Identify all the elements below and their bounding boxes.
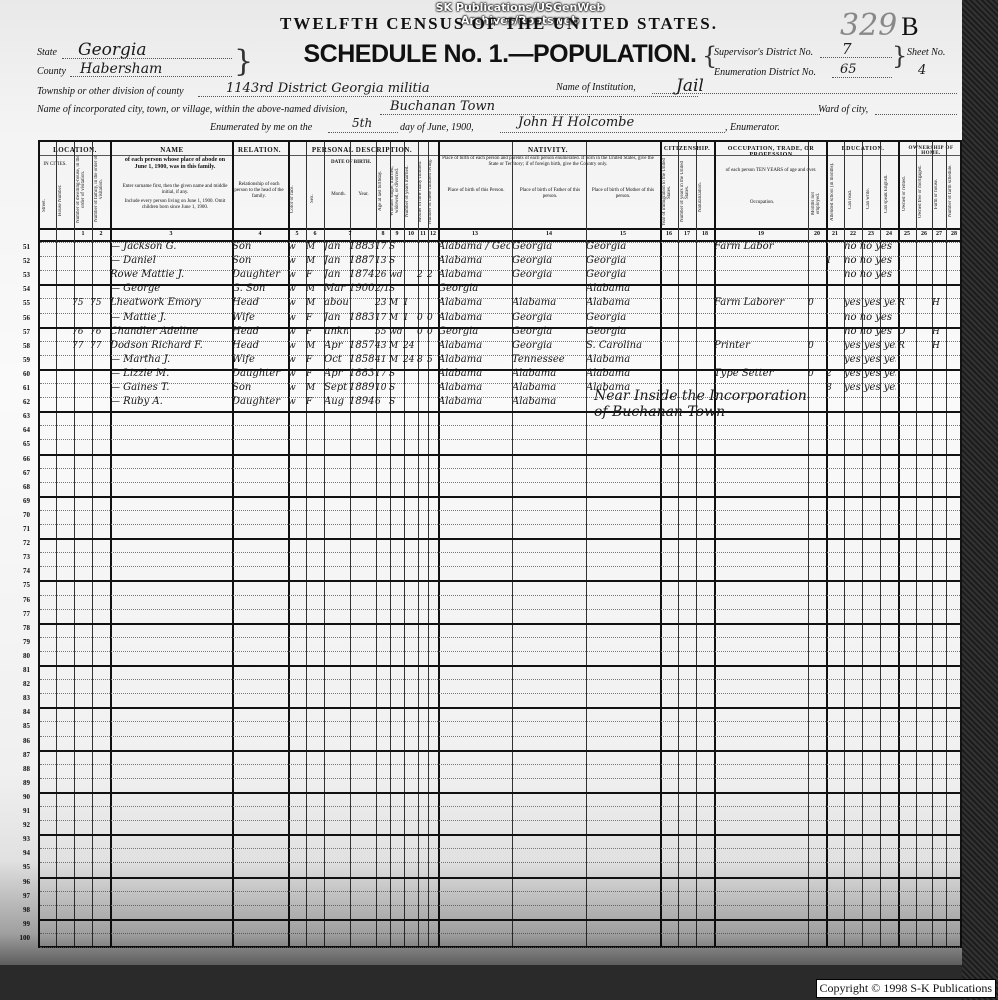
cell-mother: Alabama bbox=[586, 282, 658, 296]
cell-farm bbox=[932, 240, 944, 254]
row-divider bbox=[40, 862, 960, 863]
column-number: 2 bbox=[92, 231, 110, 237]
vheader-speak-english: Can speak English. bbox=[884, 162, 896, 226]
column-number: 9 bbox=[390, 231, 404, 237]
line-number-left: 98 bbox=[8, 906, 30, 914]
cell-family bbox=[90, 395, 108, 409]
cell-mother: Alabama bbox=[586, 367, 658, 381]
header-occupation-desc: of each person TEN YEARS of age and over… bbox=[716, 168, 826, 174]
line-number-left: 53 bbox=[8, 271, 30, 279]
enumerator-label: , Enumerator. bbox=[725, 122, 780, 133]
cell-age: 13 bbox=[375, 254, 388, 268]
column-number: 16 bbox=[660, 231, 678, 237]
cell-farm bbox=[932, 268, 944, 282]
cell-mother: Georgia bbox=[586, 325, 658, 339]
cell-dwelling bbox=[72, 353, 90, 367]
cell-color: w bbox=[288, 325, 304, 339]
header-rule-bottom bbox=[40, 228, 960, 230]
column-number: 24 bbox=[880, 231, 898, 237]
vheader-immigration: Year of immigration to the United States… bbox=[662, 158, 674, 226]
cell-owned bbox=[898, 367, 914, 381]
column-number: 22 bbox=[844, 231, 862, 237]
line-number-left: 73 bbox=[8, 553, 30, 561]
cell-year: 1894 bbox=[349, 395, 374, 409]
cell-month: Jan bbox=[324, 254, 348, 268]
column-number: 17 bbox=[678, 231, 696, 237]
line-number-left: 82 bbox=[8, 680, 30, 688]
column-number: 15 bbox=[586, 231, 660, 237]
row-divider bbox=[40, 834, 960, 836]
line-number-left: 70 bbox=[8, 511, 30, 519]
cell-birth: Alabama bbox=[438, 268, 510, 282]
row-divider bbox=[40, 721, 960, 722]
cell-family: 77 bbox=[90, 339, 108, 353]
column-divider bbox=[946, 142, 947, 946]
header-personal: PERSONAL DESCRIPTION. bbox=[288, 146, 436, 154]
cell-occupation bbox=[714, 268, 806, 282]
line-number-left: 94 bbox=[8, 849, 30, 857]
column-number: 28 bbox=[946, 231, 962, 237]
cell-mother: S. Carolina bbox=[586, 339, 658, 353]
scan-edge bbox=[962, 0, 998, 1000]
cell-relation: Son bbox=[232, 240, 286, 254]
cell-year: 1874 bbox=[349, 268, 374, 282]
line-number-left: 65 bbox=[8, 440, 30, 448]
city-value: Buchanan Town bbox=[390, 99, 495, 114]
cell-read-write: no no yes bbox=[844, 240, 896, 254]
row-divider bbox=[40, 524, 960, 525]
cell-dwelling bbox=[72, 240, 90, 254]
cell-school: 1 bbox=[826, 254, 842, 268]
column-number: 27 bbox=[932, 231, 946, 237]
header-occupation: OCCUPATION, TRADE, OR PROFESSION bbox=[716, 146, 826, 158]
cell-occupation bbox=[714, 282, 806, 296]
enumerated-prefix: Enumerated by me on the bbox=[210, 122, 312, 133]
cell-relation: Daughter bbox=[232, 268, 286, 282]
supervisor-line bbox=[820, 57, 892, 58]
cell-family: 75 bbox=[90, 296, 108, 310]
cell-name: — George bbox=[110, 282, 230, 296]
cell-read-write: yes yes yes bbox=[844, 296, 896, 310]
cell-mother-of bbox=[417, 339, 427, 353]
row-divider bbox=[40, 919, 960, 921]
row-divider bbox=[40, 496, 960, 498]
cell-dwelling bbox=[72, 282, 90, 296]
cell-age: 17 bbox=[375, 367, 388, 381]
ward-line bbox=[875, 114, 957, 115]
header-relation-desc: Relationship of each person to the head … bbox=[234, 182, 284, 200]
line-number-left: 74 bbox=[8, 567, 30, 575]
cell-living bbox=[427, 339, 437, 353]
cell-owned bbox=[898, 240, 914, 254]
cell-living: 0 bbox=[427, 325, 437, 339]
cell-age: 23 bbox=[375, 296, 388, 310]
cell-family bbox=[90, 381, 108, 395]
row-divider bbox=[40, 454, 960, 456]
cell-age: 26 bbox=[375, 268, 388, 282]
cell-name: — Jackson G. bbox=[110, 240, 230, 254]
cell-family bbox=[90, 268, 108, 282]
line-number-left: 80 bbox=[8, 652, 30, 660]
column-number: 1 bbox=[74, 231, 92, 237]
column-number: 5 bbox=[288, 231, 306, 237]
cell-yrs-married bbox=[403, 254, 416, 268]
cell-unemployed: 0 bbox=[808, 339, 824, 353]
cell-name: — Gaines T. bbox=[110, 381, 230, 395]
vheader-can-read: Can read. bbox=[848, 172, 860, 226]
ward-label: Ward of city, bbox=[818, 104, 868, 115]
cell-mother: Georgia bbox=[586, 311, 658, 325]
vheader-naturalization: Naturalization. bbox=[698, 168, 710, 226]
vheader-living: Number of these children living. bbox=[428, 156, 438, 226]
row-divider bbox=[40, 905, 960, 906]
cell-school bbox=[826, 339, 842, 353]
cell-living bbox=[427, 240, 437, 254]
cell-mother-of bbox=[417, 254, 427, 268]
cell-year: 1883 bbox=[349, 311, 374, 325]
row-divider bbox=[40, 778, 960, 779]
cell-farm: H bbox=[932, 325, 944, 339]
line-number-left: 79 bbox=[8, 638, 30, 646]
census-sheet: SK Publications/USGenWeb Archives/Rootsw… bbox=[0, 0, 962, 965]
cell-marital: M bbox=[389, 311, 402, 325]
cell-sex: M bbox=[306, 381, 322, 395]
row-divider bbox=[40, 538, 960, 540]
cell-mother: Georgia bbox=[586, 254, 658, 268]
line-number-left: 89 bbox=[8, 779, 30, 787]
cell-name: Lheatwork Emory bbox=[110, 296, 230, 310]
county-label: County bbox=[37, 66, 66, 77]
cell-farm bbox=[932, 367, 944, 381]
cell-owned bbox=[898, 311, 914, 325]
cell-school bbox=[826, 325, 842, 339]
cell-year bbox=[349, 325, 374, 339]
cell-relation: Daughter bbox=[232, 395, 286, 409]
line-number-left: 54 bbox=[8, 285, 30, 293]
cell-name: Rowe Mattie J. bbox=[110, 268, 230, 282]
cell-school bbox=[826, 311, 842, 325]
cell-yrs-married bbox=[403, 325, 416, 339]
vheader-color: Color or race. bbox=[290, 172, 300, 226]
vheader-sex: Sex. bbox=[310, 172, 320, 226]
vheader-owned-rented: Owned or rented. bbox=[902, 162, 914, 226]
line-number-left: 90 bbox=[8, 793, 30, 801]
cell-month: Apr bbox=[324, 367, 348, 381]
cell-sex: F bbox=[306, 311, 322, 325]
row-divider bbox=[40, 947, 960, 948]
cell-living bbox=[427, 395, 437, 409]
column-number: 14 bbox=[512, 231, 586, 237]
cell-marital: M bbox=[389, 296, 402, 310]
cell-living bbox=[427, 282, 437, 296]
cell-birth: Alabama bbox=[438, 381, 510, 395]
cell-mother: Alabama bbox=[586, 353, 658, 367]
township-value: 1143rd District Georgia militia bbox=[226, 81, 430, 96]
cell-occupation: Farm Laborer bbox=[714, 296, 806, 310]
cell-occupation bbox=[714, 325, 806, 339]
line-number-left: 100 bbox=[8, 934, 30, 942]
cell-birth: Alabama bbox=[438, 353, 510, 367]
cell-father: Tennessee bbox=[512, 353, 584, 367]
column-divider bbox=[696, 142, 697, 946]
cell-year: 1887 bbox=[349, 254, 374, 268]
column-number: 20 bbox=[808, 231, 826, 237]
vheader-farm-house: Farm or house. bbox=[934, 162, 946, 226]
cell-father: Alabama bbox=[512, 381, 584, 395]
cell-living bbox=[427, 367, 437, 381]
row-divider bbox=[40, 510, 960, 511]
vheader-years-married: Number of years married. bbox=[405, 156, 415, 226]
line-number-left: 87 bbox=[8, 751, 30, 759]
cell-farm: H bbox=[932, 296, 944, 310]
cell-relation: Wife bbox=[232, 353, 286, 367]
column-number: 26 bbox=[916, 231, 932, 237]
row-divider bbox=[40, 580, 960, 582]
line-number-left: 91 bbox=[8, 807, 30, 815]
page-stamp-letter: B bbox=[901, 12, 918, 41]
cell-birth: Alabama / Georgia bbox=[438, 240, 510, 254]
cell-yrs-married: 24 bbox=[403, 353, 416, 367]
line-number-left: 63 bbox=[8, 412, 30, 420]
header-name: NAME bbox=[112, 146, 232, 154]
cell-read-write: yes yes yes bbox=[844, 381, 896, 395]
cell-school bbox=[826, 296, 842, 310]
cell-family bbox=[90, 367, 108, 381]
line-number-left: 51 bbox=[8, 243, 30, 251]
cell-family bbox=[90, 282, 108, 296]
cell-school bbox=[826, 353, 842, 367]
cell-owned bbox=[898, 353, 914, 367]
cell-father: Alabama bbox=[512, 296, 584, 310]
cell-father: Georgia bbox=[512, 325, 584, 339]
cell-birth: Alabama bbox=[438, 395, 510, 409]
cell-father: Georgia bbox=[512, 240, 584, 254]
cell-dwelling bbox=[72, 311, 90, 325]
cell-occupation bbox=[714, 353, 806, 367]
cell-unemployed bbox=[808, 254, 824, 268]
cell-year: 1857 bbox=[349, 339, 374, 353]
column-divider bbox=[660, 142, 662, 946]
cell-marital: wd bbox=[389, 325, 402, 339]
cell-dwelling bbox=[72, 268, 90, 282]
line-number-left: 67 bbox=[8, 469, 30, 477]
cell-color: w bbox=[288, 268, 304, 282]
cell-age: 6 bbox=[375, 395, 388, 409]
cell-relation: Wife bbox=[232, 311, 286, 325]
row-divider bbox=[40, 665, 960, 667]
header-rule-1 bbox=[40, 155, 960, 156]
state-label: State bbox=[37, 47, 57, 58]
row-divider bbox=[40, 637, 960, 638]
cell-father bbox=[512, 282, 584, 296]
row-divider bbox=[40, 693, 960, 694]
column-number: 13 bbox=[438, 231, 512, 237]
sheet-label: Sheet No. bbox=[907, 47, 945, 58]
line-number-left: 84 bbox=[8, 708, 30, 716]
cell-read-write: no no yes bbox=[844, 254, 896, 268]
column-number: 10 bbox=[404, 231, 418, 237]
cell-month: Aug bbox=[324, 395, 348, 409]
row-divider bbox=[40, 820, 960, 821]
cell-unemployed: 0 bbox=[808, 296, 824, 310]
line-number-left: 95 bbox=[8, 863, 30, 871]
cell-family bbox=[90, 254, 108, 268]
supervisor-value: 7 bbox=[842, 40, 852, 58]
cell-yrs-married bbox=[403, 381, 416, 395]
header-month: Month. bbox=[326, 192, 351, 198]
header-education: EDUCATION. bbox=[828, 146, 898, 152]
cell-yrs-married bbox=[403, 240, 416, 254]
cell-marital: M bbox=[389, 353, 402, 367]
cell-dwelling: 76 bbox=[72, 325, 90, 339]
cell-yrs-married: 1 bbox=[403, 296, 416, 310]
row-divider bbox=[40, 566, 960, 567]
line-number-left: 69 bbox=[8, 497, 30, 505]
line-number-left: 86 bbox=[8, 737, 30, 745]
line-number-left: 83 bbox=[8, 694, 30, 702]
row-divider bbox=[40, 933, 960, 934]
cell-living bbox=[427, 296, 437, 310]
cell-mother: Georgia bbox=[586, 268, 658, 282]
line-number-left: 78 bbox=[8, 624, 30, 632]
cell-family: 76 bbox=[90, 325, 108, 339]
cell-relation: Head bbox=[232, 339, 286, 353]
cell-relation: Head bbox=[232, 325, 286, 339]
row-divider bbox=[40, 806, 960, 807]
cell-unemployed bbox=[808, 268, 824, 282]
cell-month: Apr bbox=[324, 339, 348, 353]
cell-birth: Alabama bbox=[438, 367, 510, 381]
cell-year: 1889 bbox=[349, 381, 374, 395]
cell-farm bbox=[932, 353, 944, 367]
cell-marital: wd bbox=[389, 268, 402, 282]
vheader-dwelling: Number of dwelling-house, in the order o… bbox=[76, 154, 90, 224]
ed-value: 65 bbox=[840, 62, 857, 77]
cell-owned bbox=[898, 381, 914, 395]
cell-color: w bbox=[288, 282, 304, 296]
line-number-left: 88 bbox=[8, 765, 30, 773]
vheader-attended-school: Attended school (in months). bbox=[830, 158, 842, 226]
row-divider bbox=[40, 707, 960, 709]
vheader-farm-schedule: Number of farm schedule. bbox=[948, 156, 960, 226]
row-divider bbox=[40, 623, 960, 625]
enumerated-suffix: day of June, 1900, bbox=[400, 122, 474, 133]
cell-father: Alabama bbox=[512, 367, 584, 381]
line-number-left: 60 bbox=[8, 370, 30, 378]
cell-month: Oct bbox=[324, 353, 348, 367]
line-number-left: 55 bbox=[8, 299, 30, 307]
county-value: Habersham bbox=[80, 61, 162, 77]
cell-marital: S bbox=[389, 367, 402, 381]
cell-read-write: no no yes bbox=[844, 325, 896, 339]
cell-yrs-married: 24 bbox=[403, 339, 416, 353]
state-value: Georgia bbox=[78, 40, 146, 60]
cell-sex: F bbox=[306, 325, 322, 339]
row-divider bbox=[40, 764, 960, 765]
vheader-mother-of: Mother of how many children. bbox=[418, 156, 428, 226]
cell-marital: S bbox=[389, 395, 402, 409]
institution-value: Jail bbox=[676, 76, 704, 96]
cell-living: 0 bbox=[427, 311, 437, 325]
cell-occupation: Farm Labor bbox=[714, 240, 806, 254]
cell-mother: Alabama bbox=[586, 296, 658, 310]
line-number-left: 62 bbox=[8, 398, 30, 406]
header-name-note2: Include every person living on June 1, 1… bbox=[120, 199, 230, 211]
cell-month: unknown bbox=[324, 325, 348, 339]
line-number-left: 59 bbox=[8, 356, 30, 364]
cell-name: — Lizzie M. bbox=[110, 367, 230, 381]
cell-read-write: no no yes bbox=[844, 268, 896, 282]
cell-year bbox=[349, 296, 374, 310]
cell-dwelling: 77 bbox=[72, 339, 90, 353]
header-birth-person: Place of birth of this Person. bbox=[440, 188, 512, 194]
cell-farm bbox=[932, 282, 944, 296]
enumerator-name: John H Holcombe bbox=[518, 115, 634, 130]
cell-school: 8 bbox=[826, 381, 842, 395]
column-divider bbox=[916, 142, 917, 946]
cell-owned bbox=[898, 282, 914, 296]
cell-color: w bbox=[288, 254, 304, 268]
row-divider bbox=[40, 877, 960, 879]
cell-school bbox=[826, 282, 842, 296]
cell-occupation: Type Setter bbox=[714, 367, 806, 381]
vheader-years-us: Number of years in the United States. bbox=[680, 158, 692, 226]
header-in-cities: IN CITIES. bbox=[40, 162, 70, 168]
cell-owned: R bbox=[898, 339, 914, 353]
row-divider bbox=[40, 792, 960, 794]
column-number: 3 bbox=[110, 231, 232, 237]
cell-color: w bbox=[288, 240, 304, 254]
row-divider bbox=[40, 425, 960, 426]
row-divider bbox=[40, 609, 960, 610]
cell-sex: M bbox=[306, 240, 322, 254]
line-number-left: 76 bbox=[8, 596, 30, 604]
row-divider bbox=[40, 679, 960, 680]
column-number: 18 bbox=[696, 231, 714, 237]
cell-name: — Daniel bbox=[110, 254, 230, 268]
cell-school bbox=[826, 268, 842, 282]
column-number: 19 bbox=[714, 231, 808, 237]
cell-age: 17 bbox=[375, 311, 388, 325]
cell-yrs-married bbox=[403, 367, 416, 381]
cell-mother-of: 2 bbox=[417, 268, 427, 282]
row-divider bbox=[40, 848, 960, 849]
cell-marital: S bbox=[389, 254, 402, 268]
cell-owned bbox=[898, 254, 914, 268]
cell-unemployed bbox=[808, 381, 824, 395]
row-divider bbox=[40, 411, 960, 413]
cell-marital: M bbox=[389, 339, 402, 353]
cell-age: 55 bbox=[375, 325, 388, 339]
cell-dwelling bbox=[72, 367, 90, 381]
cell-birth: Georgia bbox=[438, 282, 510, 296]
cell-mother-of bbox=[417, 367, 427, 381]
cell-father: Georgia bbox=[512, 311, 584, 325]
cell-month: Jan bbox=[324, 268, 348, 282]
cell-unemployed bbox=[808, 282, 824, 296]
cell-name: — Mattie J. bbox=[110, 311, 230, 325]
cell-birth: Georgia bbox=[438, 325, 510, 339]
row-divider bbox=[40, 891, 960, 892]
line-number-left: 56 bbox=[8, 314, 30, 322]
line-number-left: 71 bbox=[8, 525, 30, 533]
cell-month: Jan bbox=[324, 311, 348, 325]
cell-relation: Head bbox=[232, 296, 286, 310]
cell-living bbox=[427, 254, 437, 268]
cell-read-write bbox=[844, 282, 896, 296]
vheader-free-mortgaged: Owned free or mortgaged. bbox=[918, 158, 930, 226]
cell-occupation bbox=[714, 311, 806, 325]
